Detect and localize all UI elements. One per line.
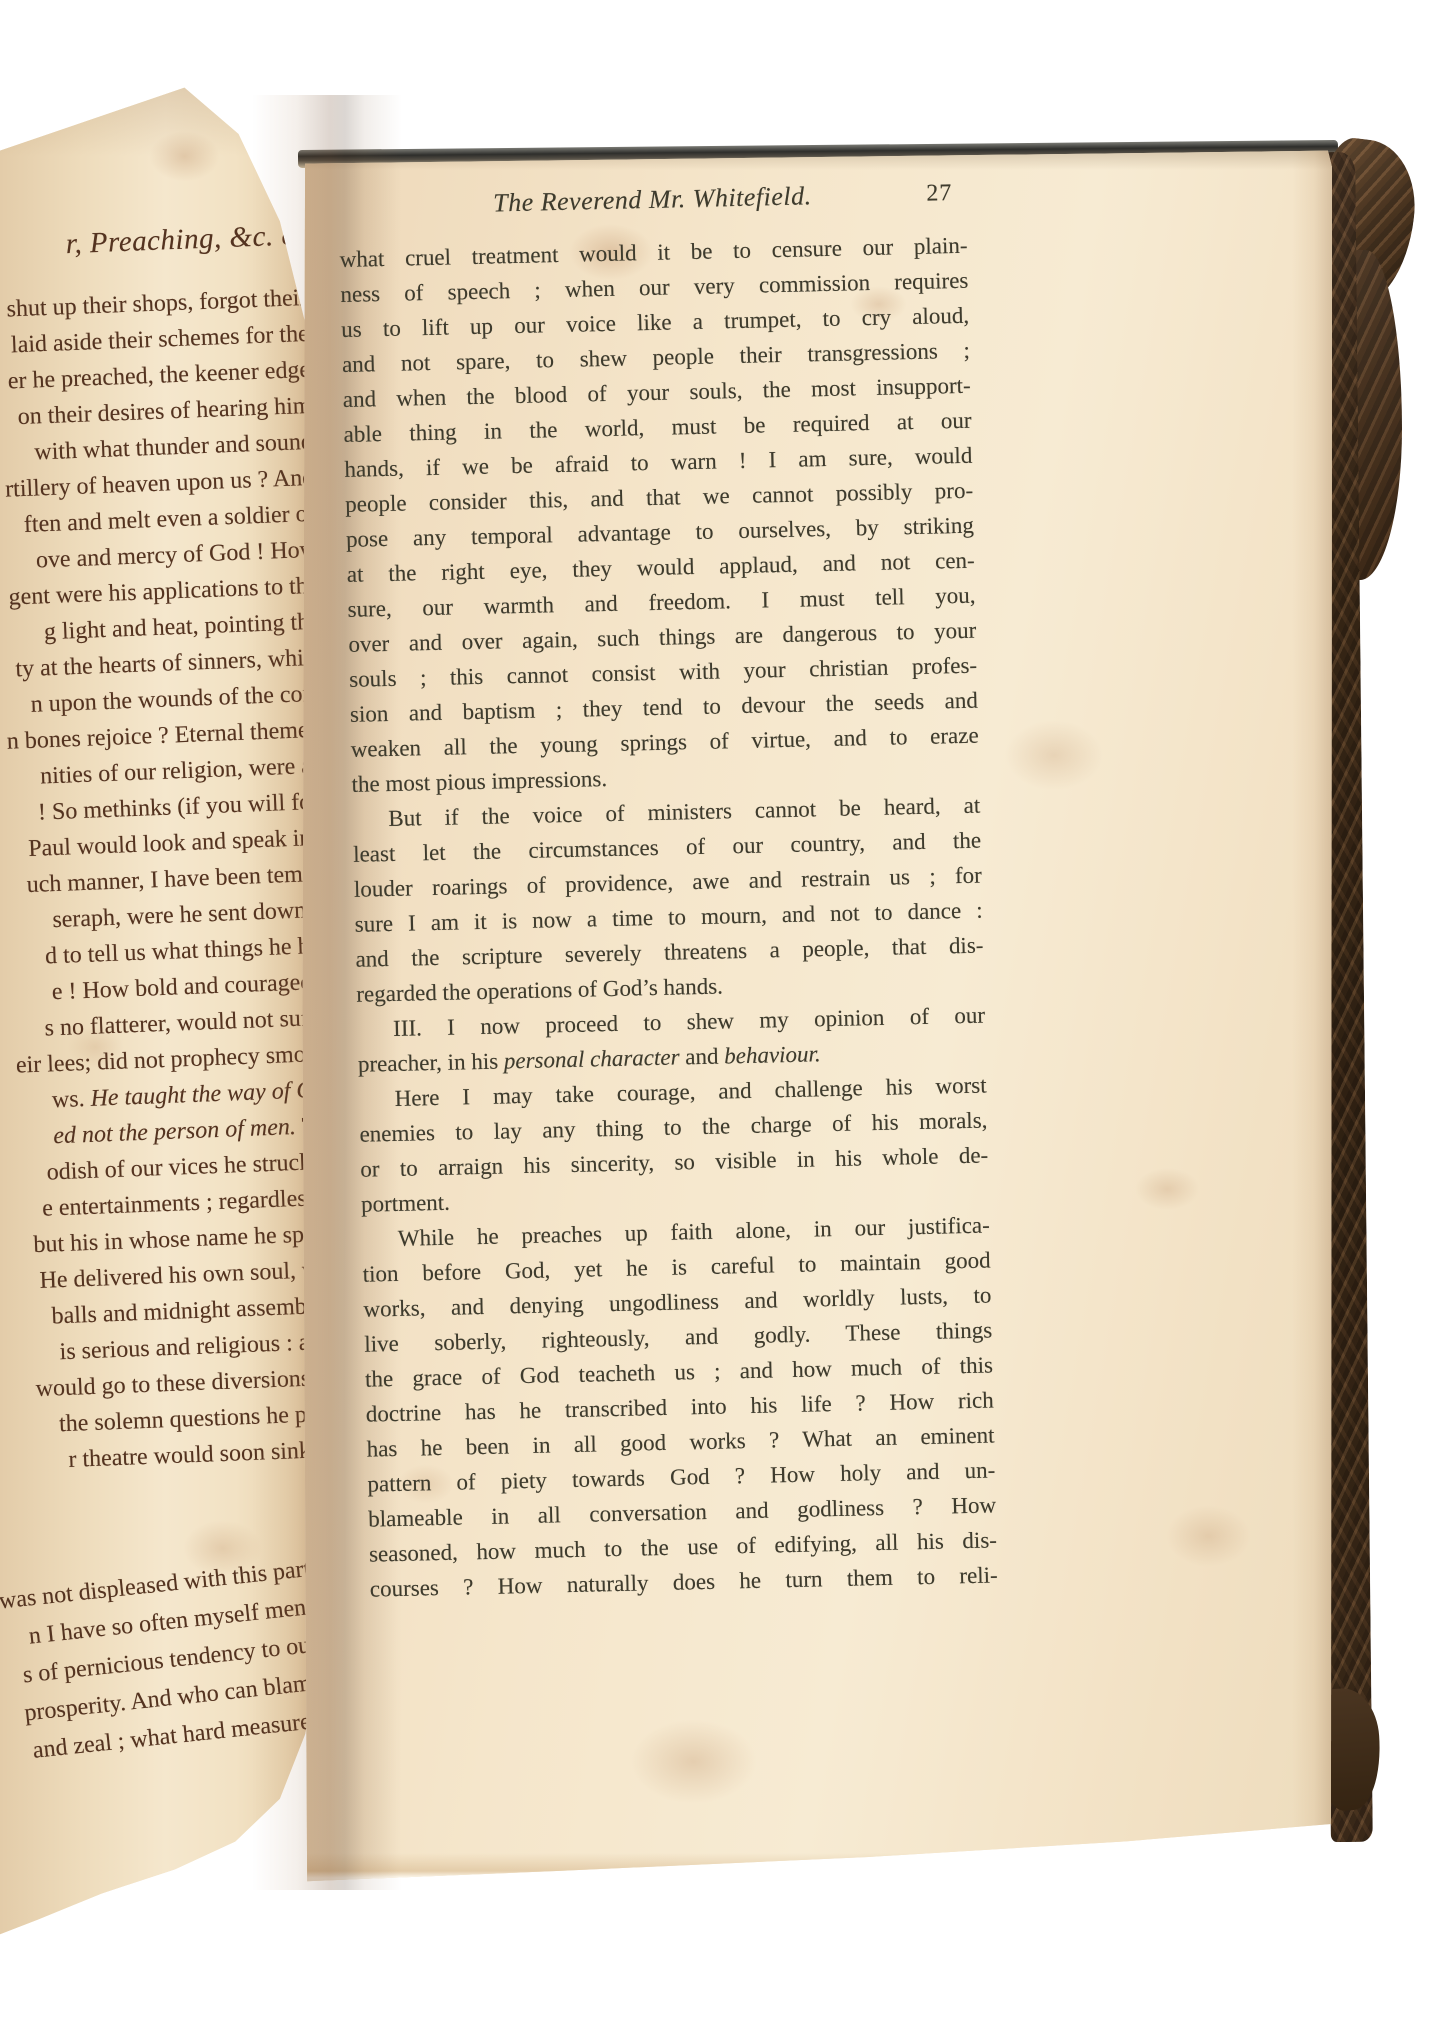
italic-text-fragment: personal character [504,1044,680,1073]
left-page: r, Preaching, &c. of shut up their shops… [0,82,318,1938]
italic-text-fragment: behaviour. [724,1041,821,1068]
italic-text-fragment: ed not the person of men. [53,1114,302,1150]
text-fragment: ws. [51,1086,91,1113]
left-page-text: r, Preaching, &c. of shut up their shops… [0,212,318,1492]
body-text: what cruel treatment would it be to cens… [339,228,998,1607]
running-header-title: The Reverend Mr. Whitefield. [493,181,812,217]
text-fragment: and [679,1043,724,1069]
left-running-header: r, Preaching, &c. of [0,212,306,283]
book-photo: r, Preaching, &c. of shut up their shops… [0,0,1445,2023]
italic-text-fragment: He taught the way of God [90,1076,318,1111]
right-page-text: The Reverend Mr. Whitefield. 27 what cru… [338,172,998,1607]
page-number: 27 [926,172,953,215]
text-fragment: preacher, in his [358,1048,504,1076]
left-page-bottom-text: was not displeased with this part n I ha… [0,1550,318,1806]
